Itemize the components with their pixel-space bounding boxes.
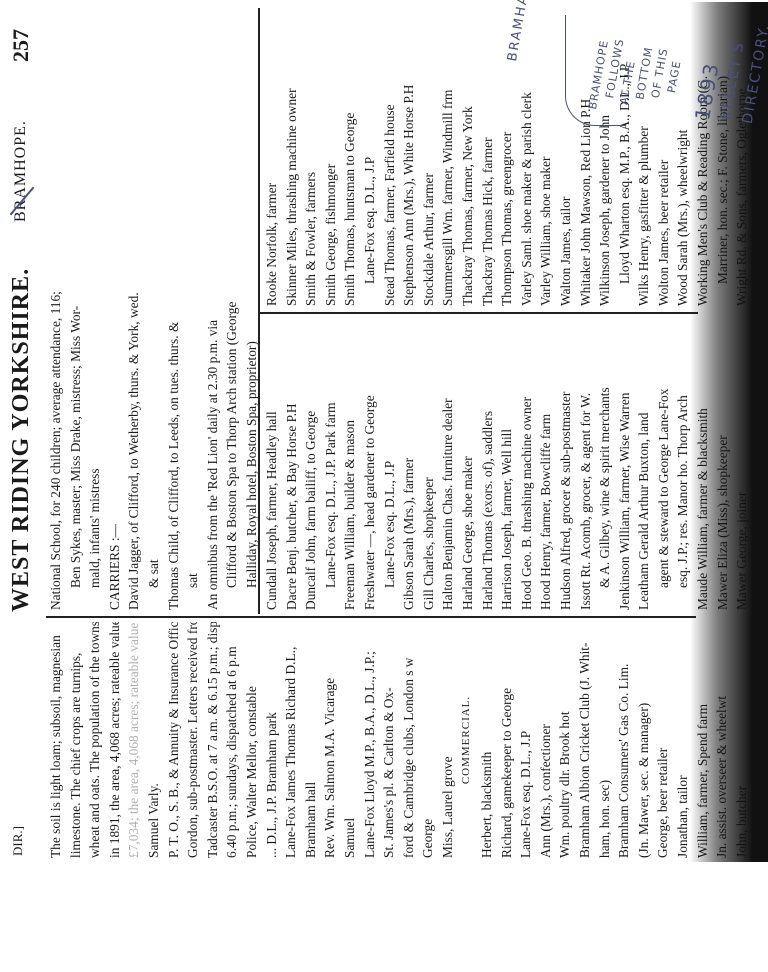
official-line: Police, Walter Mellor, constable xyxy=(242,622,262,858)
handwritten-note: BRAMHOPE FOLLOWS AT THE BOTTOM OF THIS P… xyxy=(585,35,687,124)
entry: agent & steward to George Lane-Fox xyxy=(654,320,674,610)
entry: & A. Gilbey, wine & spirit merchants xyxy=(595,320,615,610)
entry: Leatham Gerald Arthur Buxton, land xyxy=(634,320,654,610)
entry: Freeman William, builder & mason xyxy=(340,320,360,610)
private-line: St. James's pl. & Carlton & Ox- xyxy=(379,622,399,858)
intro-line: £7,034; the area, 4,068 acres; rateable … xyxy=(124,622,144,858)
private-line: Samuel xyxy=(340,622,360,858)
handwritten-source: KELLEY'S DIRECTORY. xyxy=(715,18,768,126)
intro-line: wheat and oats. The population of the to… xyxy=(85,622,105,858)
commercial-line: (Jn. Mawer, sec. & manager) xyxy=(634,622,654,858)
intro-line: limestone. The chief crops are turnips, xyxy=(66,622,86,858)
official-line: Gordon, sub-postmaster. Letters received… xyxy=(183,622,203,858)
commercial-line: Lane-Fox esq. D.L., J.P xyxy=(516,622,536,858)
entry: Hudson Alfred, grocer & sub-postmaster xyxy=(556,320,576,610)
private-line: George xyxy=(418,622,438,858)
private-line: ... D.L., J.P. Bramham park xyxy=(262,622,282,858)
official-line: Samuel Varly. xyxy=(144,622,164,858)
handwritten-bramham: BRAMHAM xyxy=(505,0,541,63)
commercial-line: ham, hon. sec) xyxy=(595,622,615,858)
commercial-line: Bramham Albion Cricket Club (J. Whit- xyxy=(575,622,595,858)
entry: Freshwater —, head gardener to George xyxy=(360,320,380,610)
entry: Hood Geo. B. thrashing machine owner xyxy=(517,320,537,610)
private-line: Miss, Laurel grove xyxy=(438,622,458,858)
official-line: Tadcaster B.S.O. at 7 a.m. & 6.15 p.m.; … xyxy=(203,622,223,858)
entry: Halton Benjamin Chas. furniture dealer xyxy=(438,320,458,610)
entry: Dacre Benj. butcher, & Bay Horse P.H xyxy=(282,320,302,610)
entry: Issott Rt. Acomb, grocer, & agent for W. xyxy=(576,320,596,610)
column-divider-2 xyxy=(258,313,698,315)
commercial-line: Wm. poultry dlr. Brook hot xyxy=(555,622,575,858)
commercial-line: Ann (Mrs.), confectioner xyxy=(536,622,556,858)
entry: Gibson Sarah (Mrs.), farmer xyxy=(399,320,419,610)
entry: Lane-Fox esq. D.L., J.P xyxy=(380,320,400,610)
handwritten-notes: BRAMHAM BRAMHOPE FOLLOWS AT THE BOTTOM O… xyxy=(0,0,768,150)
private-line: Rev. Wm. Salmon M.A. Vicarage xyxy=(320,622,340,858)
private-line: Bramham hall xyxy=(301,622,321,858)
entry: Gill Charles, shopkeeper xyxy=(419,320,439,610)
column-divider-1 xyxy=(46,617,696,619)
commercial-line: Bramham Consumers' Gas Co. Lim. xyxy=(614,622,634,858)
column-1: The soil is light loam; subsoil, magnesi… xyxy=(46,622,768,858)
entry: Lane-Fox esq. D.L., J.P. Park farm xyxy=(321,320,341,610)
entry: Jenkinson William, farmer, Wise Warren xyxy=(615,320,635,610)
commercial-line: George, beer retailer xyxy=(653,622,673,858)
intro-line: The soil is light loam; subsoil, magnesi… xyxy=(46,622,66,858)
entry: Cundall Joseph, farmer, Headley hall xyxy=(262,320,282,610)
commercial-heading: COMMERCIAL. xyxy=(457,622,477,858)
official-line: 6.40 p.m.; sundays, dispatched at 6 p.m xyxy=(222,622,242,858)
entry: Harland Thomas (exors. of), saddlers xyxy=(478,320,498,610)
header-left-mark: DIR.] xyxy=(10,826,26,856)
private-line: ford & Cambridge clubs, London s w xyxy=(399,622,419,858)
official-line: P. T. O., S. B., & Annuity & Insurance O… xyxy=(164,622,184,858)
entry: Duncalf John, farm bailiff, to George xyxy=(301,320,321,610)
private-line: Lane-Fox Lloyd M.P., B.A., D.L., J.P.; xyxy=(360,622,380,858)
commercial-line: Herbert, blacksmith xyxy=(477,622,497,858)
private-line: Lane-Fox James Thomas Richard D.L., xyxy=(281,622,301,858)
entry: Harrison Joseph, farmer, Well hill xyxy=(497,320,517,610)
intro-line: in 1891, the area, 4,068 acres; rateable… xyxy=(105,622,125,858)
entry: Harland George, shoe maker xyxy=(458,320,478,610)
entry: Hood Henry, farmer, Bowcliffe farm xyxy=(536,320,556,610)
commercial-line: Richard, gamekeeper to George xyxy=(497,622,517,858)
page-title: WEST RIDING YORKSHIRE. xyxy=(8,268,35,612)
